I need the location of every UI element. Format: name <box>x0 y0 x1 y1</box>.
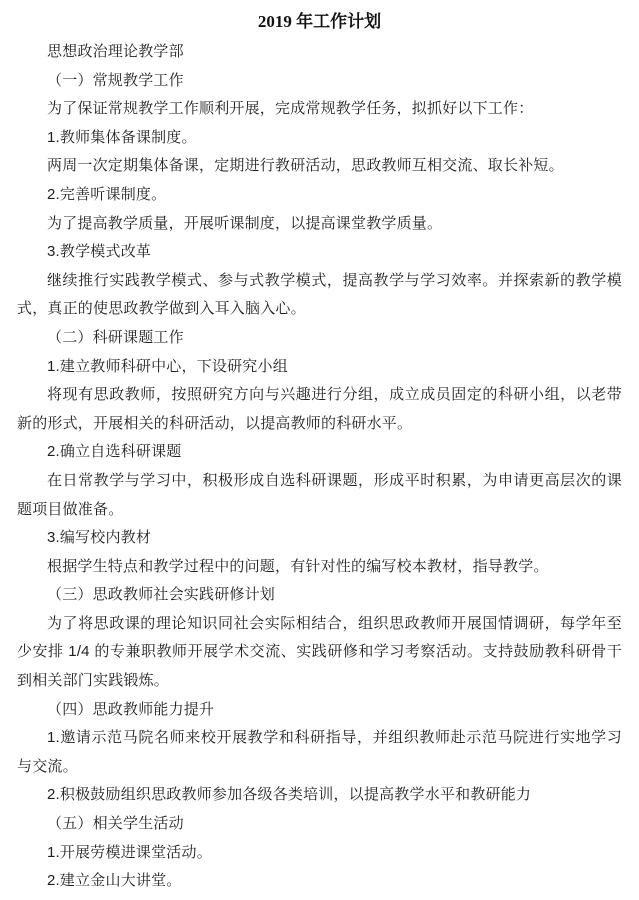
section-2-heading: （二）科研课题工作 <box>17 324 622 353</box>
numbered-item: 2.建立金山大讲堂。 <box>17 867 622 896</box>
document-title: 2019 年工作计划 <box>17 9 622 35</box>
paragraph: 为了将思政课的理论知识同社会实际相结合，组织思政教师开展国情调研，每学年至少安排… <box>17 610 622 696</box>
section-4-heading: （四）思政教师能力提升 <box>17 696 622 725</box>
paragraph: 将现有思政教师，按照研究方向与兴趣进行分组，成立成员固定的科研小组，以老带新的形… <box>17 381 622 438</box>
paragraph: 根据学生特点和教学过程中的问题，有针对性的编写校本教材，指导教学。 <box>17 553 622 582</box>
section-3-heading: （三）思政教师社会实践研修计划 <box>17 581 622 610</box>
numbered-item: 1.邀请示范马院名师来校开展教学和科研指导，并组织教师赴示范马院进行实地学习与交… <box>17 724 622 781</box>
paragraph: 在日常教学与学习中，积极形成自选科研课题，形成平时积累，为申请更高层次的课题项目… <box>17 467 622 524</box>
paragraph: 两周一次定期集体备课，定期进行教研活动，思政教师互相交流、取长补短。 <box>17 152 622 181</box>
paragraph: 为了提高教学质量，开展听课制度，以提高课堂教学质量。 <box>17 210 622 239</box>
document-page: 2019 年工作计划 思想政治理论教学部 （一）常规教学工作 为了保证常规教学工… <box>0 0 639 900</box>
numbered-item: 3.编写校内教材 <box>17 524 622 553</box>
numbered-item: 3.教学模式改革 <box>17 238 622 267</box>
paragraph: 继续推行实践教学模式、参与式教学模式，提高教学与学习效率。并探索新的教学模式，真… <box>17 267 622 324</box>
numbered-item: 1.开展劳模进课堂活动。 <box>17 839 622 868</box>
numbered-item: 1.教师集体备课制度。 <box>17 124 622 153</box>
paragraph: 为了保证常规教学工作顺利开展，完成常规教学任务，拟抓好以下工作： <box>17 95 622 124</box>
section-5-heading: （五）相关学生活动 <box>17 810 622 839</box>
department-name: 思想政治理论教学部 <box>17 38 622 67</box>
numbered-item: 2.确立自选科研课题 <box>17 438 622 467</box>
section-1-heading: （一）常规教学工作 <box>17 67 622 96</box>
numbered-item: 2.积极鼓励组织思政教师参加各级各类培训，以提高教学水平和教研能力 <box>17 781 622 810</box>
numbered-item: 1.建立教师科研中心，下设研究小组 <box>17 353 622 382</box>
numbered-item: 2.完善听课制度。 <box>17 181 622 210</box>
